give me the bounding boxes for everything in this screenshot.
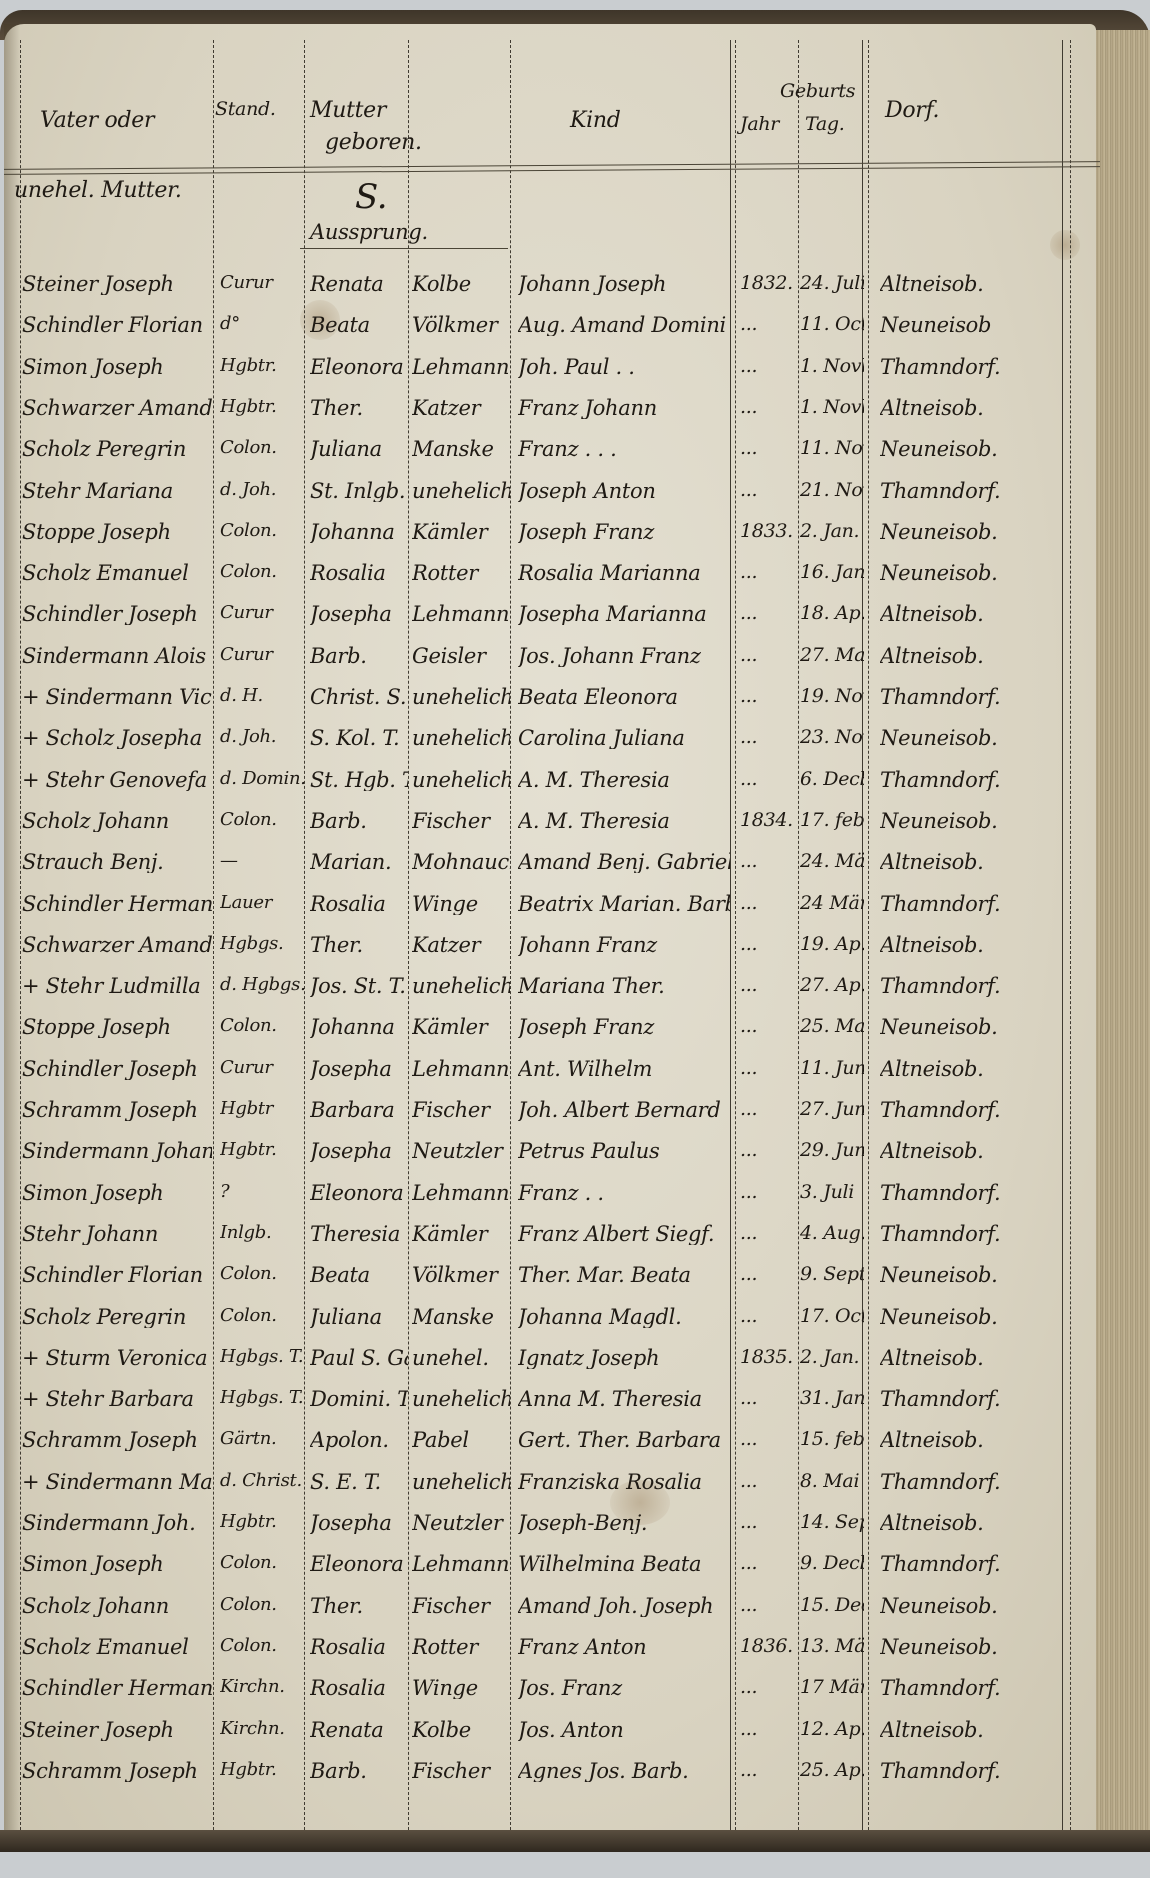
child-name: Carolina Juliana: [518, 728, 730, 749]
table-row: + Stehr BarbaraHgbgs. T.Domini. T.unehel…: [0, 1383, 1096, 1424]
mother-first-name: Beata: [310, 1265, 408, 1286]
father-occupation: —: [220, 852, 306, 870]
father-occupation: Colon.: [220, 1307, 306, 1325]
father-occupation: Colon.: [220, 522, 306, 540]
child-name: Amand Benj. Gabriel: [518, 852, 730, 873]
father-occupation: Hgbtr.: [220, 1141, 306, 1159]
father-occupation: Colon.: [220, 1596, 306, 1614]
village: Thamndorf.: [880, 1183, 1060, 1204]
birth-day: 17. feb.: [800, 811, 864, 830]
birth-year: ...: [740, 976, 796, 995]
father-occupation: d. Joh.: [220, 481, 306, 499]
mother-maiden-name: Katzer: [412, 398, 510, 419]
father-name: Stoppe Joseph: [22, 1017, 212, 1038]
father-occupation: d. Domin.: [220, 770, 306, 788]
mother-maiden-name: unehelich: [412, 1389, 510, 1410]
father-name: Strauch Benj.: [22, 852, 212, 873]
mother-maiden-name: Kämler: [412, 1017, 510, 1038]
header-year: Jahr: [740, 115, 779, 134]
father-name: Scholz Emanuel: [22, 1637, 212, 1658]
birth-day: 9. Decb.: [800, 1554, 864, 1573]
table-row: Scholz PeregrinColon.JulianaManskeJohann…: [0, 1301, 1096, 1342]
birth-day: 24. März: [800, 852, 864, 871]
table-row: Stoppe JosephColon.JohannaKämlerJoseph F…: [0, 1011, 1096, 1052]
birth-day: 14. Septb.: [800, 1513, 864, 1532]
child-name: Joseph Franz: [518, 522, 730, 543]
header-father: Vater oder: [40, 110, 154, 132]
father-name: + Stehr Ludmilla: [22, 976, 212, 997]
birth-year: ...: [740, 1430, 796, 1449]
village: Thamndorf.: [880, 1389, 1060, 1410]
mother-first-name: Barb.: [310, 811, 408, 832]
father-occupation: Curur: [220, 1059, 306, 1077]
birth-day: 11. Juni: [800, 1059, 864, 1078]
child-name: Agnes Jos. Barb.: [518, 1761, 730, 1782]
birth-day: 31. Jan.: [800, 1389, 864, 1408]
table-row: + Stehr Ludmillad. Hgbgs.Jos. St. T.uneh…: [0, 970, 1096, 1011]
mother-maiden-name: Kolbe: [412, 274, 510, 295]
father-name: Steiner Joseph: [22, 274, 212, 295]
father-occupation: Hgbgs. T.: [220, 1348, 306, 1366]
table-row: + Scholz Josephad. Joh.S. Kol. T.uneheli…: [0, 722, 1096, 763]
table-row: Schramm JosephHgbtrBarbaraFischerJoh. Al…: [0, 1094, 1096, 1135]
birth-year: ...: [740, 1183, 796, 1202]
child-name: Johann Franz: [518, 935, 730, 956]
mother-first-name: Rosalia: [310, 1678, 408, 1699]
mother-maiden-name: unehelich: [412, 481, 510, 502]
birth-day: 25. Mai: [800, 1017, 864, 1036]
child-name: Franz Johann: [518, 398, 730, 419]
paper-stain: [1050, 230, 1080, 260]
table-row: Simon JosephColon.EleonoraLehmannWilhelm…: [0, 1548, 1096, 1589]
father-name: Stehr Mariana: [22, 481, 212, 502]
table-row: Schindler HermannKirchn.RosaliaWingeJos.…: [0, 1672, 1096, 1713]
mother-maiden-name: unehelich: [412, 1472, 510, 1493]
village: Altneisob.: [880, 604, 1060, 625]
child-name: Ther. Mar. Beata: [518, 1265, 730, 1286]
birth-year: ...: [740, 1307, 796, 1326]
father-occupation: Colon.: [220, 563, 306, 581]
table-row: + Sindermann Magdl.d. Christ.S. E. T.une…: [0, 1466, 1096, 1507]
village: Thamndorf.: [880, 1472, 1060, 1493]
father-occupation: Colon.: [220, 1017, 306, 1035]
birth-day: 16. Jan.: [800, 563, 864, 582]
mother-maiden-name: Neutzler: [412, 1141, 510, 1162]
father-occupation: d. Hgbgs.: [220, 976, 306, 994]
birth-day: 2. Jan.: [800, 522, 864, 541]
village: Altneisob.: [880, 935, 1060, 956]
birth-year: ...: [740, 604, 796, 623]
father-occupation: Inlgb.: [220, 1224, 306, 1242]
village: Neuneisob.: [880, 1637, 1060, 1658]
mother-first-name: Rosalia: [310, 563, 408, 584]
mother-maiden-name: Katzer: [412, 935, 510, 956]
village: Altneisob.: [880, 1513, 1060, 1534]
header-stand: Stand.: [215, 100, 276, 119]
birth-day: 19. Ap.: [800, 935, 864, 954]
mother-first-name: Josepha: [310, 1141, 408, 1162]
mother-first-name: Rosalia: [310, 1637, 408, 1658]
birth-day: 29. Juni: [800, 1141, 864, 1160]
village: Neuneisob.: [880, 1017, 1060, 1038]
book-bottom-edge: [0, 1830, 1150, 1852]
father-name: Schramm Joseph: [22, 1100, 212, 1121]
village: Thamndorf.: [880, 357, 1060, 378]
table-row: Schindler HermannLauerRosaliaWingeBeatri…: [0, 888, 1096, 929]
table-row: Scholz JohannColon.Ther.FischerAmand Joh…: [0, 1590, 1096, 1631]
father-occupation: Lauer: [220, 894, 306, 912]
father-occupation: d°: [220, 315, 306, 333]
father-name: + Sturm Veronica: [22, 1348, 212, 1369]
birth-day: 23. Novb.: [800, 728, 864, 747]
mother-first-name: Jos. St. T.: [310, 976, 408, 997]
village: Thamndorf.: [880, 687, 1060, 708]
birth-day: 24 März: [800, 894, 864, 913]
mother-maiden-name: Kämler: [412, 522, 510, 543]
birth-year: ...: [740, 935, 796, 954]
village: Altneisob.: [880, 1430, 1060, 1451]
birth-year: ...: [740, 357, 796, 376]
birth-year: ...: [740, 1472, 796, 1491]
table-row: Schindler JosephCururJosephaLehmannAnt. …: [0, 1053, 1096, 1094]
birth-day: 1. Novb.: [800, 398, 864, 417]
birth-day: 8. Mai: [800, 1472, 864, 1491]
mother-first-name: Beata: [310, 315, 408, 336]
child-name: Joh. Paul . .: [518, 357, 730, 378]
mother-maiden-name: Lehmann: [412, 604, 510, 625]
table-row: Scholz PeregrinColon.JulianaManskeFranz …: [0, 433, 1096, 474]
mother-maiden-name: Fischer: [412, 811, 510, 832]
father-name: Schwarzer Amand: [22, 935, 212, 956]
child-name: Franz . . .: [518, 439, 730, 460]
mother-maiden-name: Neutzler: [412, 1513, 510, 1534]
birth-day: 3. Juli: [800, 1183, 864, 1202]
child-name: Petrus Paulus: [518, 1141, 730, 1162]
table-row: Sindermann JohannHgbtr.JosephaNeutzlerPe…: [0, 1135, 1096, 1176]
mother-first-name: Josepha: [310, 1059, 408, 1080]
mother-maiden-name: Mohnaucke: [412, 852, 510, 873]
father-occupation: Curur: [220, 274, 306, 292]
birth-year: ...: [740, 1224, 796, 1243]
child-name: Josepha Marianna: [518, 604, 730, 625]
village: Altneisob.: [880, 1720, 1060, 1741]
table-row: Scholz JohannColon.Barb.FischerA. M. The…: [0, 805, 1096, 846]
child-name: Joseph Anton: [518, 481, 730, 502]
header-father-line2: unehel. Mutter.: [14, 180, 182, 202]
mother-maiden-name: Fischer: [412, 1100, 510, 1121]
mother-maiden-name: Lehmann: [412, 1554, 510, 1575]
birth-year: 1833.: [740, 522, 796, 541]
birth-year: 1834.: [740, 811, 796, 830]
mother-maiden-name: unehelich: [412, 728, 510, 749]
village: Altneisob.: [880, 398, 1060, 419]
village: Altneisob.: [880, 852, 1060, 873]
mother-maiden-name: Kämler: [412, 1224, 510, 1245]
mother-first-name: Domini. T.: [310, 1389, 408, 1410]
birth-year: ...: [740, 1596, 796, 1615]
child-name: Ignatz Joseph: [518, 1348, 730, 1369]
table-row: Sindermann Joh.Hgbtr.JosephaNeutzlerJose…: [0, 1507, 1096, 1548]
mother-maiden-name: Winge: [412, 894, 510, 915]
table-row: Schwarzer AmandHgbgs.Ther.KatzerJohann F…: [0, 929, 1096, 970]
father-name: Schramm Joseph: [22, 1761, 212, 1782]
village: Altneisob.: [880, 646, 1060, 667]
birth-day: 15. feb.: [800, 1430, 864, 1449]
village: Thamndorf.: [880, 1100, 1060, 1121]
father-name: Scholz Peregrin: [22, 1307, 212, 1328]
table-row: Stoppe JosephColon.JohannaKämlerJoseph F…: [0, 516, 1096, 557]
table-row: Strauch Benj.—Marian.MohnauckeAmand Benj…: [0, 846, 1096, 887]
table-row: Stehr Marianad. Joh.St. Inlgb.unehelichJ…: [0, 475, 1096, 516]
table-row: + Sturm VeronicaHgbgs. T.Paul S. Gärt. T…: [0, 1342, 1096, 1383]
birth-year: ...: [740, 1389, 796, 1408]
mother-maiden-name: Geisler: [412, 646, 510, 667]
father-occupation: Colon.: [220, 439, 306, 457]
father-name: + Stehr Barbara: [22, 1389, 212, 1410]
header-mother: Mutter: [310, 100, 386, 122]
birth-year: ...: [740, 439, 796, 458]
mother-maiden-name: Fischer: [412, 1761, 510, 1782]
birth-day: 18. Ap.: [800, 604, 864, 623]
father-occupation: d. Christ.: [220, 1472, 306, 1490]
birth-year: 1835.: [740, 1348, 796, 1367]
mother-first-name: Johanna: [310, 1017, 408, 1038]
birth-year: ...: [740, 770, 796, 789]
father-occupation: Colon.: [220, 811, 306, 829]
birth-year: ...: [740, 1059, 796, 1078]
mother-maiden-name: unehel.: [412, 1348, 510, 1369]
birth-day: 27. Mai: [800, 646, 864, 665]
birth-day: 12. Ap.: [800, 1720, 864, 1739]
mother-first-name: Eleonora: [310, 1554, 408, 1575]
village: Neuneisob.: [880, 1596, 1060, 1617]
mother-maiden-name: Völkmer: [412, 1265, 510, 1286]
mother-first-name: Rosalia: [310, 894, 408, 915]
father-name: Scholz Johann: [22, 1596, 212, 1617]
father-occupation: Hgbtr.: [220, 357, 306, 375]
child-name: Jos. Franz: [518, 1678, 730, 1699]
child-name: Franziska Rosalia: [518, 1472, 730, 1493]
mother-first-name: Barbara: [310, 1100, 408, 1121]
father-name: + Stehr Genovefa: [22, 770, 212, 791]
mother-maiden-name: Rotter: [412, 1637, 510, 1658]
father-occupation: Hgbtr.: [220, 398, 306, 416]
table-row: + Stehr Genovefad. Domin.St. Hgb. T.uneh…: [0, 764, 1096, 805]
father-name: Stehr Johann: [22, 1224, 212, 1245]
mother-first-name: Renata: [310, 274, 408, 295]
mother-first-name: St. Inlgb.: [310, 481, 408, 502]
mother-first-name: Josepha: [310, 604, 408, 625]
table-row: Scholz EmanuelColon.RosaliaRotterRosalia…: [0, 557, 1096, 598]
birth-day: 11. Novb: [800, 439, 864, 458]
mother-first-name: Renata: [310, 1720, 408, 1741]
mother-maiden-name: Lehmann: [412, 357, 510, 378]
father-name: Scholz Johann: [22, 811, 212, 832]
mother-first-name: Barb.: [310, 646, 408, 667]
table-row: Schindler FlorianColon.BeataVölkmerTher.…: [0, 1259, 1096, 1300]
child-name: Johann Joseph: [518, 274, 730, 295]
child-name: Anna M. Theresia: [518, 1389, 730, 1410]
mother-first-name: Marian.: [310, 852, 408, 873]
father-occupation: Hgbtr.: [220, 1761, 306, 1779]
child-name: Beatrix Marian. Barb.: [518, 894, 730, 915]
birth-day: 9. Septb.: [800, 1265, 864, 1284]
birth-year: ...: [740, 1678, 796, 1697]
mother-first-name: Ther.: [310, 935, 408, 956]
birth-day: 24. Juli: [800, 274, 864, 293]
father-name: Schindler Joseph: [22, 604, 212, 625]
table-row: Scholz EmanuelColon.RosaliaRotterFranz A…: [0, 1631, 1096, 1672]
father-name: + Sindermann Victoria: [22, 687, 212, 708]
birth-year: ...: [740, 646, 796, 665]
mother-maiden-name: Rotter: [412, 563, 510, 584]
father-name: Schindler Hermann: [22, 894, 212, 915]
birth-year: ...: [740, 687, 796, 706]
father-occupation: d. Joh.: [220, 728, 306, 746]
table-row: Simon JosephHgbtr.EleonoraLehmannJoh. Pa…: [0, 351, 1096, 392]
mother-first-name: S. E. T.: [310, 1472, 408, 1493]
child-name: A. M. Theresia: [518, 770, 730, 791]
child-name: A. M. Theresia: [518, 811, 730, 832]
page-edges: [1096, 30, 1150, 1835]
mother-first-name: St. Hgb. T.: [310, 770, 408, 791]
village: Altneisob.: [880, 1141, 1060, 1162]
child-name: Mariana Ther.: [518, 976, 730, 997]
village: Neuneisob.: [880, 728, 1060, 749]
mother-first-name: Paul S. Gärt. T.: [310, 1348, 408, 1369]
birth-year: ...: [740, 728, 796, 747]
child-name: Joseph-Benj.: [518, 1513, 730, 1534]
village: Altneisob.: [880, 1348, 1060, 1369]
village: Neuneisob.: [880, 439, 1060, 460]
birth-year: ...: [740, 398, 796, 417]
header-mother-born: geboren.: [325, 132, 422, 154]
village: Neuneisob.: [880, 1307, 1060, 1328]
mother-first-name: S. Kol. T.: [310, 728, 408, 749]
header-day: Tag.: [805, 115, 845, 134]
father-occupation: Curur: [220, 604, 306, 622]
mother-first-name: Juliana: [310, 439, 408, 460]
mother-maiden-name: Winge: [412, 1678, 510, 1699]
village: Altneisob.: [880, 274, 1060, 295]
mother-maiden-name: Pabel: [412, 1430, 510, 1451]
birth-day: 11. Octb.: [800, 315, 864, 334]
village: Neuneisob.: [880, 563, 1060, 584]
village: Neuneisob.: [880, 522, 1060, 543]
father-name: Simon Joseph: [22, 1554, 212, 1575]
mother-maiden-name: unehelich: [412, 770, 510, 791]
father-occupation: Hgbtr.: [220, 1513, 306, 1531]
father-name: Stoppe Joseph: [22, 522, 212, 543]
father-occupation: Kirchn.: [220, 1720, 306, 1738]
father-name: Steiner Joseph: [22, 1720, 212, 1741]
table-row: Schindler JosephCururJosephaLehmannJosep…: [0, 598, 1096, 639]
birth-year: ...: [740, 1720, 796, 1739]
child-name: Franz Anton: [518, 1637, 730, 1658]
birth-day: 6. Decb.: [800, 770, 864, 789]
child-name: Wilhelmina Beata: [518, 1554, 730, 1575]
father-occupation: d. H.: [220, 687, 306, 705]
mother-maiden-name: Völkmer: [412, 315, 510, 336]
village: Thamndorf.: [880, 1224, 1060, 1245]
father-name: Scholz Peregrin: [22, 439, 212, 460]
father-name: Schindler Joseph: [22, 1059, 212, 1080]
father-name: + Sindermann Magdl.: [22, 1472, 212, 1493]
village: Thamndorf.: [880, 1554, 1060, 1575]
birth-day: 1. Novb: [800, 357, 864, 376]
birth-day: 17 März: [800, 1678, 864, 1697]
father-name: Simon Joseph: [22, 357, 212, 378]
mother-first-name: Apolon.: [310, 1430, 408, 1451]
father-occupation: Kirchn.: [220, 1678, 306, 1696]
village: Thamndorf.: [880, 894, 1060, 915]
mother-maiden-name: Lehmann: [412, 1183, 510, 1204]
table-row: Sindermann AloisCururBarb.GeislerJos. Jo…: [0, 640, 1096, 681]
child-name: Beata Eleonora: [518, 687, 730, 708]
child-name: Franz . .: [518, 1183, 730, 1204]
village: Neuneisob: [880, 315, 1060, 336]
father-occupation: Colon.: [220, 1554, 306, 1572]
child-name: Joh. Albert Bernard: [518, 1100, 730, 1121]
birth-year: ...: [740, 894, 796, 913]
mother-first-name: Eleonora: [310, 1183, 408, 1204]
section-subtitle: Aussprung.: [310, 222, 428, 243]
father-name: Sindermann Alois: [22, 646, 212, 667]
birth-day: 13. März: [800, 1637, 864, 1656]
birth-year: ...: [740, 1761, 796, 1780]
birth-year: ...: [740, 1017, 796, 1036]
mother-maiden-name: unehelich: [412, 687, 510, 708]
birth-day: 15. Decb.: [800, 1596, 864, 1615]
birth-year: ...: [740, 1554, 796, 1573]
birth-day: 19. Novb: [800, 687, 864, 706]
father-name: Schindler Florian: [22, 315, 212, 336]
mother-first-name: Josepha: [310, 1513, 408, 1534]
mother-first-name: Christ. S. E. T.: [310, 687, 408, 708]
child-name: Ant. Wilhelm: [518, 1059, 730, 1080]
village: Neuneisob.: [880, 1265, 1060, 1286]
birth-day: 27. Juni: [800, 1100, 864, 1119]
table-row: Stehr JohannInlgb.TheresiaKämlerFranz Al…: [0, 1218, 1096, 1259]
section-letter: S.: [355, 180, 387, 214]
child-name: Jos. Johann Franz: [518, 646, 730, 667]
child-name: Jos. Anton: [518, 1720, 730, 1741]
birth-year: 1832.: [740, 274, 796, 293]
table-row: Schramm JosephGärtn.Apolon.PabelGert. Th…: [0, 1424, 1096, 1465]
mother-first-name: Johanna: [310, 522, 408, 543]
birth-year: 1836.: [740, 1637, 796, 1656]
father-occupation: Colon.: [220, 1265, 306, 1283]
mother-first-name: Barb.: [310, 1761, 408, 1782]
birth-day: 17. Octb.: [800, 1307, 864, 1326]
table-row: Simon Joseph?EleonoraLehmannFranz . ....…: [0, 1177, 1096, 1218]
header-birth: Geburts: [780, 82, 855, 101]
birth-day: 21. Novb.: [800, 481, 864, 500]
mother-maiden-name: Fischer: [412, 1596, 510, 1617]
birth-year: ...: [740, 563, 796, 582]
father-name: Schindler Florian: [22, 1265, 212, 1286]
father-name: + Scholz Josepha: [22, 728, 212, 749]
birth-year: ...: [740, 315, 796, 334]
father-name: Sindermann Joh.: [22, 1513, 212, 1534]
header-village: Dorf.: [885, 100, 939, 122]
table-row: Schramm JosephHgbtr.Barb.FischerAgnes Jo…: [0, 1755, 1096, 1796]
mother-first-name: Theresia: [310, 1224, 408, 1245]
village: Thamndorf.: [880, 481, 1060, 502]
father-occupation: Hgbgs.: [220, 935, 306, 953]
mother-maiden-name: Manske: [412, 439, 510, 460]
father-occupation: Curur: [220, 646, 306, 664]
